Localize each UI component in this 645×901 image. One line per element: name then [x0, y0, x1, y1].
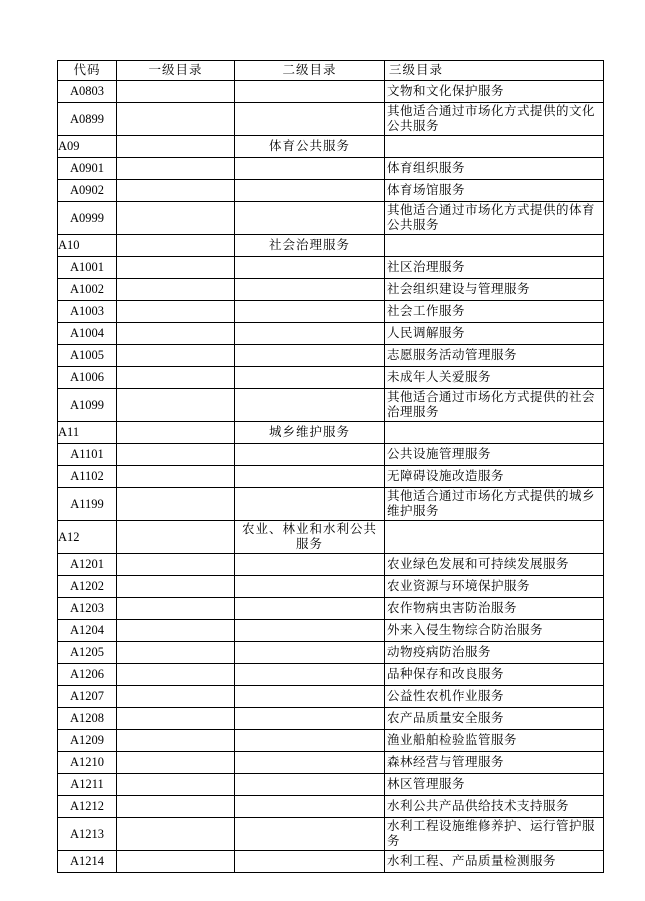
code-cell: A1213 — [58, 818, 117, 851]
header-code: 代码 — [58, 61, 117, 81]
table-row: A1005志愿服务活动管理服务 — [58, 345, 604, 367]
level1-cell — [117, 708, 235, 730]
table-row: A1201农业绿色发展和可持续发展服务 — [58, 554, 604, 576]
level3-cell: 林区管理服务 — [385, 774, 604, 796]
level3-cell: 农产品质量安全服务 — [385, 708, 604, 730]
level2-cell — [235, 620, 385, 642]
level3-cell: 公共设施管理服务 — [385, 444, 604, 466]
level2-cell — [235, 730, 385, 752]
table-row: A10社会治理服务 — [58, 235, 604, 257]
level1-cell — [117, 664, 235, 686]
table-row: A0803文物和文化保护服务 — [58, 81, 604, 103]
table-row: A1211林区管理服务 — [58, 774, 604, 796]
level3-cell: 人民调解服务 — [385, 323, 604, 345]
level2-cell — [235, 279, 385, 301]
document-page: 代码 一级目录 二级目录 三级目录 A0803文物和文化保护服务A0899其他适… — [0, 0, 645, 901]
table-row: A1002社会组织建设与管理服务 — [58, 279, 604, 301]
level3-cell: 社会组织建设与管理服务 — [385, 279, 604, 301]
level1-cell — [117, 521, 235, 554]
level2-cell: 社会治理服务 — [235, 235, 385, 257]
level3-cell: 其他适合通过市场化方式提供的城乡维护服务 — [385, 488, 604, 521]
table-row: A1213水利工程设施维修养护、运行管护服务 — [58, 818, 604, 851]
level2-cell — [235, 323, 385, 345]
level3-cell: 其他适合通过市场化方式提供的社会治理服务 — [385, 389, 604, 422]
code-cell: A10 — [58, 235, 117, 257]
header-level2: 二级目录 — [235, 61, 385, 81]
code-cell: A1101 — [58, 444, 117, 466]
code-cell: A09 — [58, 136, 117, 158]
level1-cell — [117, 774, 235, 796]
level3-cell: 社会工作服务 — [385, 301, 604, 323]
level1-cell — [117, 730, 235, 752]
code-cell: A1202 — [58, 576, 117, 598]
header-level1: 一级目录 — [117, 61, 235, 81]
level3-cell — [385, 136, 604, 158]
level3-cell: 渔业船舶检验监管服务 — [385, 730, 604, 752]
level2-cell — [235, 664, 385, 686]
level3-cell: 未成年人关爱服务 — [385, 367, 604, 389]
code-cell: A1208 — [58, 708, 117, 730]
code-cell: A1204 — [58, 620, 117, 642]
level2-cell — [235, 301, 385, 323]
level2-cell — [235, 103, 385, 136]
level3-cell: 品种保存和改良服务 — [385, 664, 604, 686]
code-cell: A1210 — [58, 752, 117, 774]
level1-cell — [117, 345, 235, 367]
level1-cell — [117, 235, 235, 257]
level1-cell — [117, 466, 235, 488]
table-header-row: 代码 一级目录 二级目录 三级目录 — [58, 61, 604, 81]
level2-cell — [235, 81, 385, 103]
level3-cell: 动物疫病防治服务 — [385, 642, 604, 664]
code-cell: A1209 — [58, 730, 117, 752]
code-cell: A12 — [58, 521, 117, 554]
level1-cell — [117, 576, 235, 598]
level1-cell — [117, 257, 235, 279]
table-row: A0899其他适合通过市场化方式提供的文化公共服务 — [58, 103, 604, 136]
level1-cell — [117, 642, 235, 664]
level3-cell: 外来入侵生物综合防治服务 — [385, 620, 604, 642]
header-level3: 三级目录 — [385, 61, 604, 81]
level2-cell: 体育公共服务 — [235, 136, 385, 158]
table-row: A1102无障碍设施改造服务 — [58, 466, 604, 488]
table-row: A1101公共设施管理服务 — [58, 444, 604, 466]
table-row: A1199其他适合通过市场化方式提供的城乡维护服务 — [58, 488, 604, 521]
level2-cell — [235, 257, 385, 279]
level2-cell: 农业、林业和水利公共服务 — [235, 521, 385, 554]
level1-cell — [117, 851, 235, 873]
level2-cell — [235, 598, 385, 620]
level2-cell — [235, 796, 385, 818]
level3-cell: 公益性农机作业服务 — [385, 686, 604, 708]
level1-cell — [117, 301, 235, 323]
level2-cell — [235, 686, 385, 708]
catalog-table: 代码 一级目录 二级目录 三级目录 A0803文物和文化保护服务A0899其他适… — [57, 60, 604, 873]
level1-cell — [117, 752, 235, 774]
table-row: A1001社区治理服务 — [58, 257, 604, 279]
table-body: A0803文物和文化保护服务A0899其他适合通过市场化方式提供的文化公共服务A… — [58, 81, 604, 873]
level2-cell — [235, 488, 385, 521]
code-cell: A11 — [58, 422, 117, 444]
level1-cell — [117, 389, 235, 422]
level3-cell: 农业资源与环境保护服务 — [385, 576, 604, 598]
table-row: A0902体育场馆服务 — [58, 180, 604, 202]
table-row: A1212水利公共产品供给技术支持服务 — [58, 796, 604, 818]
level2-cell — [235, 774, 385, 796]
code-cell: A1201 — [58, 554, 117, 576]
code-cell: A0899 — [58, 103, 117, 136]
table-row: A1209渔业船舶检验监管服务 — [58, 730, 604, 752]
code-cell: A1203 — [58, 598, 117, 620]
level3-cell: 社区治理服务 — [385, 257, 604, 279]
level3-cell: 水利工程、产品质量检测服务 — [385, 851, 604, 873]
code-cell: A1004 — [58, 323, 117, 345]
code-cell: A1207 — [58, 686, 117, 708]
level1-cell — [117, 323, 235, 345]
level2-cell — [235, 752, 385, 774]
code-cell: A1002 — [58, 279, 117, 301]
level2-cell — [235, 576, 385, 598]
level3-cell: 其他适合通过市场化方式提供的文化公共服务 — [385, 103, 604, 136]
table-row: A1203农作物病虫害防治服务 — [58, 598, 604, 620]
code-cell: A1214 — [58, 851, 117, 873]
code-cell: A1001 — [58, 257, 117, 279]
code-cell: A1211 — [58, 774, 117, 796]
level2-cell — [235, 345, 385, 367]
table-row: A1207公益性农机作业服务 — [58, 686, 604, 708]
table-row: A1006未成年人关爱服务 — [58, 367, 604, 389]
level3-cell: 其他适合通过市场化方式提供的体育公共服务 — [385, 202, 604, 235]
level3-cell: 森林经营与管理服务 — [385, 752, 604, 774]
code-cell: A0999 — [58, 202, 117, 235]
table-row: A0901体育组织服务 — [58, 158, 604, 180]
table-row: A1099其他适合通过市场化方式提供的社会治理服务 — [58, 389, 604, 422]
level3-cell: 水利公共产品供给技术支持服务 — [385, 796, 604, 818]
level2-cell — [235, 444, 385, 466]
table-row: A09体育公共服务 — [58, 136, 604, 158]
table-row: A0999其他适合通过市场化方式提供的体育公共服务 — [58, 202, 604, 235]
level2-cell: 城乡维护服务 — [235, 422, 385, 444]
level3-cell: 体育组织服务 — [385, 158, 604, 180]
level1-cell — [117, 180, 235, 202]
level2-cell — [235, 158, 385, 180]
level2-cell — [235, 367, 385, 389]
level2-cell — [235, 202, 385, 235]
code-cell: A1006 — [58, 367, 117, 389]
level1-cell — [117, 158, 235, 180]
level2-cell — [235, 642, 385, 664]
level1-cell — [117, 444, 235, 466]
code-cell: A0803 — [58, 81, 117, 103]
level2-cell — [235, 389, 385, 422]
table-row: A1214水利工程、产品质量检测服务 — [58, 851, 604, 873]
level1-cell — [117, 686, 235, 708]
code-cell: A1005 — [58, 345, 117, 367]
level3-cell: 志愿服务活动管理服务 — [385, 345, 604, 367]
level3-cell: 农作物病虫害防治服务 — [385, 598, 604, 620]
code-cell: A0901 — [58, 158, 117, 180]
table-row: A1206品种保存和改良服务 — [58, 664, 604, 686]
level3-cell: 文物和文化保护服务 — [385, 81, 604, 103]
level1-cell — [117, 598, 235, 620]
level1-cell — [117, 136, 235, 158]
table-row: A1204外来入侵生物综合防治服务 — [58, 620, 604, 642]
level1-cell — [117, 367, 235, 389]
table-row: A1004人民调解服务 — [58, 323, 604, 345]
level2-cell — [235, 554, 385, 576]
table-row: A1205动物疫病防治服务 — [58, 642, 604, 664]
level2-cell — [235, 818, 385, 851]
level3-cell — [385, 521, 604, 554]
level2-cell — [235, 180, 385, 202]
code-cell: A1099 — [58, 389, 117, 422]
level1-cell — [117, 81, 235, 103]
level3-cell: 无障碍设施改造服务 — [385, 466, 604, 488]
table-row: A1208农产品质量安全服务 — [58, 708, 604, 730]
level1-cell — [117, 103, 235, 136]
level3-cell: 体育场馆服务 — [385, 180, 604, 202]
level1-cell — [117, 488, 235, 521]
level3-cell — [385, 422, 604, 444]
code-cell: A0902 — [58, 180, 117, 202]
level2-cell — [235, 851, 385, 873]
code-cell: A1205 — [58, 642, 117, 664]
level1-cell — [117, 279, 235, 301]
level1-cell — [117, 202, 235, 235]
code-cell: A1199 — [58, 488, 117, 521]
level1-cell — [117, 620, 235, 642]
level3-cell: 水利工程设施维修养护、运行管护服务 — [385, 818, 604, 851]
table-row: A12农业、林业和水利公共服务 — [58, 521, 604, 554]
level3-cell — [385, 235, 604, 257]
level3-cell: 农业绿色发展和可持续发展服务 — [385, 554, 604, 576]
code-cell: A1102 — [58, 466, 117, 488]
table-row: A1003社会工作服务 — [58, 301, 604, 323]
level1-cell — [117, 554, 235, 576]
table-row: A11城乡维护服务 — [58, 422, 604, 444]
table-row: A1202农业资源与环境保护服务 — [58, 576, 604, 598]
level1-cell — [117, 818, 235, 851]
level2-cell — [235, 466, 385, 488]
code-cell: A1003 — [58, 301, 117, 323]
code-cell: A1206 — [58, 664, 117, 686]
table-row: A1210森林经营与管理服务 — [58, 752, 604, 774]
code-cell: A1212 — [58, 796, 117, 818]
level2-cell — [235, 708, 385, 730]
level1-cell — [117, 422, 235, 444]
level1-cell — [117, 796, 235, 818]
